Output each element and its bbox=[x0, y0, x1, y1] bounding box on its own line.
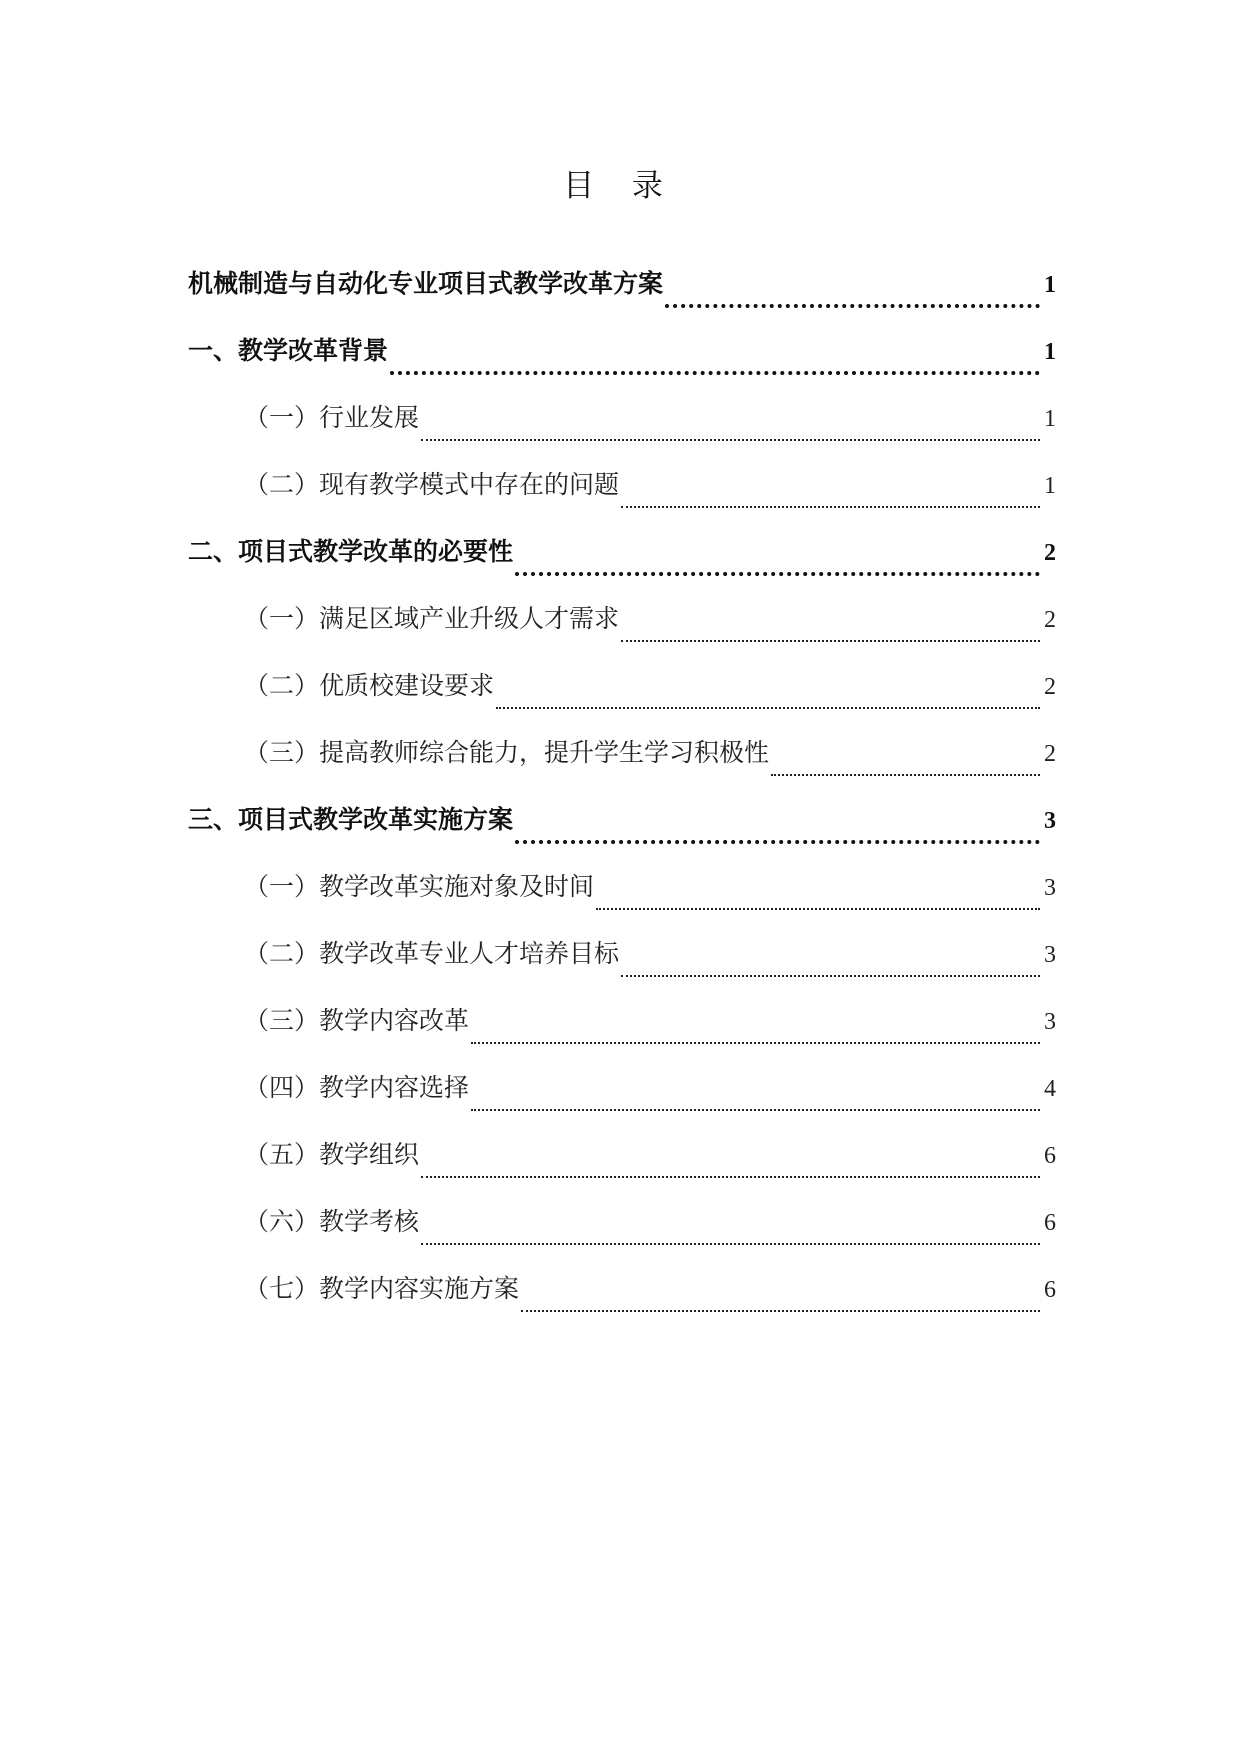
toc-entry[interactable]: （二）教学改革专业人才培养目标 3 bbox=[188, 932, 1056, 999]
toc-entry-page: 2 bbox=[1042, 598, 1056, 642]
toc-entry-label: （二）优质校建设要求 bbox=[244, 664, 494, 708]
toc-entry[interactable]: （五）教学组织 6 bbox=[188, 1133, 1056, 1200]
toc-entry-page: 3 bbox=[1042, 866, 1056, 910]
dot-leader bbox=[621, 506, 1040, 508]
toc-entry-label: （二）教学改革专业人才培养目标 bbox=[244, 932, 619, 976]
dot-leader bbox=[665, 304, 1040, 308]
toc-entry-page: 3 bbox=[1042, 933, 1056, 977]
toc-entry-label: （一）行业发展 bbox=[244, 396, 419, 440]
toc-entry-label: 一、教学改革背景 bbox=[188, 329, 388, 373]
toc-entry-label: 二、项目式教学改革的必要性 bbox=[188, 530, 513, 574]
toc-entry[interactable]: 二、项目式教学改革的必要性 2 bbox=[188, 530, 1056, 597]
toc-entry-page: 1 bbox=[1042, 330, 1056, 374]
toc-entry-label: （三）提高教师综合能力，提升学生学习积极性 bbox=[244, 731, 769, 775]
dot-leader bbox=[421, 1243, 1040, 1245]
toc-entry[interactable]: （三）教学内容改革 3 bbox=[188, 999, 1056, 1066]
toc-entry[interactable]: （二）现有教学模式中存在的问题 1 bbox=[188, 463, 1056, 530]
toc-entry-page: 1 bbox=[1042, 263, 1056, 307]
toc-entry-label: 三、项目式教学改革实施方案 bbox=[188, 798, 513, 842]
dot-leader bbox=[596, 908, 1040, 910]
dot-leader bbox=[521, 1310, 1040, 1312]
toc-entry-label: （五）教学组织 bbox=[244, 1133, 419, 1177]
toc-entry-page: 2 bbox=[1042, 531, 1056, 575]
dot-leader bbox=[621, 975, 1040, 977]
toc-entry-label: （六）教学考核 bbox=[244, 1200, 419, 1244]
toc-entry-label: （一）教学改革实施对象及时间 bbox=[244, 865, 594, 909]
toc-entry[interactable]: （一）教学改革实施对象及时间 3 bbox=[188, 865, 1056, 932]
toc-entry[interactable]: 三、项目式教学改革实施方案 3 bbox=[188, 798, 1056, 865]
dot-leader bbox=[390, 371, 1040, 375]
toc-entry[interactable]: （六）教学考核 6 bbox=[188, 1200, 1056, 1267]
toc-entry-page: 1 bbox=[1042, 464, 1056, 508]
toc-entry-page: 1 bbox=[1042, 397, 1056, 441]
toc-entry[interactable]: （一）满足区域产业升级人才需求 2 bbox=[188, 597, 1056, 664]
toc-entry-page: 2 bbox=[1042, 665, 1056, 709]
toc-entry-page: 6 bbox=[1042, 1268, 1056, 1312]
toc-entry-label: 机械制造与自动化专业项目式教学改革方案 bbox=[188, 262, 663, 306]
dot-leader bbox=[496, 707, 1040, 709]
dot-leader bbox=[421, 1176, 1040, 1178]
toc-entry-label: （三）教学内容改革 bbox=[244, 999, 469, 1043]
toc-entry[interactable]: （七）教学内容实施方案 6 bbox=[188, 1267, 1056, 1334]
toc-entry-page: 3 bbox=[1042, 799, 1056, 843]
dot-leader bbox=[471, 1109, 1040, 1111]
toc-title: 目 录 bbox=[0, 160, 1240, 205]
toc-entry-page: 2 bbox=[1042, 732, 1056, 776]
dot-leader bbox=[771, 774, 1040, 776]
toc-entry-label: （二）现有教学模式中存在的问题 bbox=[244, 463, 619, 507]
dot-leader bbox=[515, 572, 1040, 576]
table-of-contents: 机械制造与自动化专业项目式教学改革方案 1 一、教学改革背景 1 （一）行业发展… bbox=[188, 262, 1056, 1334]
toc-entry[interactable]: （四）教学内容选择 4 bbox=[188, 1066, 1056, 1133]
toc-entry-label: （四）教学内容选择 bbox=[244, 1066, 469, 1110]
toc-entry-page: 6 bbox=[1042, 1134, 1056, 1178]
toc-entry[interactable]: 一、教学改革背景 1 bbox=[188, 329, 1056, 396]
toc-entry-label: （一）满足区域产业升级人才需求 bbox=[244, 597, 619, 641]
toc-entry[interactable]: 机械制造与自动化专业项目式教学改革方案 1 bbox=[188, 262, 1056, 329]
toc-entry-page: 6 bbox=[1042, 1201, 1056, 1245]
dot-leader bbox=[621, 640, 1040, 642]
dot-leader bbox=[421, 439, 1040, 441]
toc-entry[interactable]: （一）行业发展 1 bbox=[188, 396, 1056, 463]
toc-entry[interactable]: （二）优质校建设要求 2 bbox=[188, 664, 1056, 731]
toc-entry-page: 3 bbox=[1042, 1000, 1056, 1044]
dot-leader bbox=[471, 1042, 1040, 1044]
toc-entry[interactable]: （三）提高教师综合能力，提升学生学习积极性 2 bbox=[188, 731, 1056, 798]
toc-entry-label: （七）教学内容实施方案 bbox=[244, 1267, 519, 1311]
toc-entry-page: 4 bbox=[1042, 1067, 1056, 1111]
dot-leader bbox=[515, 840, 1040, 844]
